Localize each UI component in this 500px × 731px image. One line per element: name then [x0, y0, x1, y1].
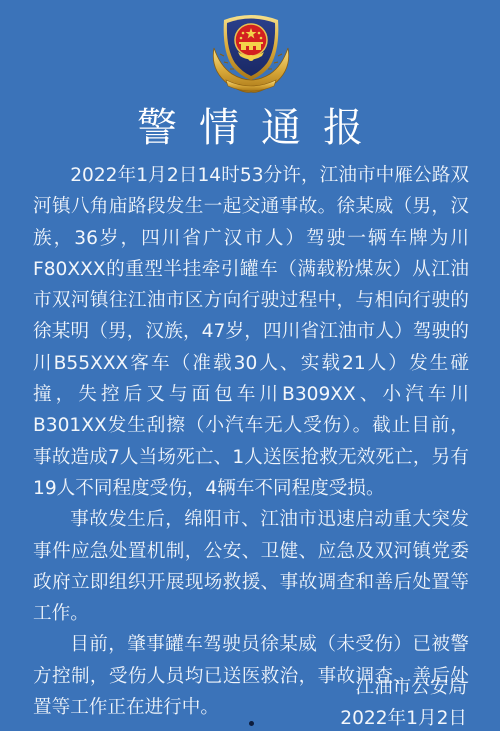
- page-title: 警情通报: [0, 104, 500, 152]
- signature-block: 江油市公安局 2022年1月2日: [340, 672, 467, 731]
- paragraph-response: 事故发生后，绵阳市、江油市迅速启动重大突发事件应急处置机制，公安、卫健、应急及双…: [33, 504, 469, 629]
- paragraph-incident: 2022年1月2日14时53分许，江油市中雁公路双河镇八角庙路段发生一起交通事故…: [33, 160, 469, 504]
- issuer: 江油市公安局: [340, 672, 467, 703]
- notice-body: 2022年1月2日14时53分许，江油市中雁公路双河镇八角庙路段发生一起交通事故…: [33, 160, 469, 723]
- dot-marker: [249, 721, 254, 726]
- police-emblem-icon: [206, 8, 296, 96]
- issue-date: 2022年1月2日: [340, 703, 467, 731]
